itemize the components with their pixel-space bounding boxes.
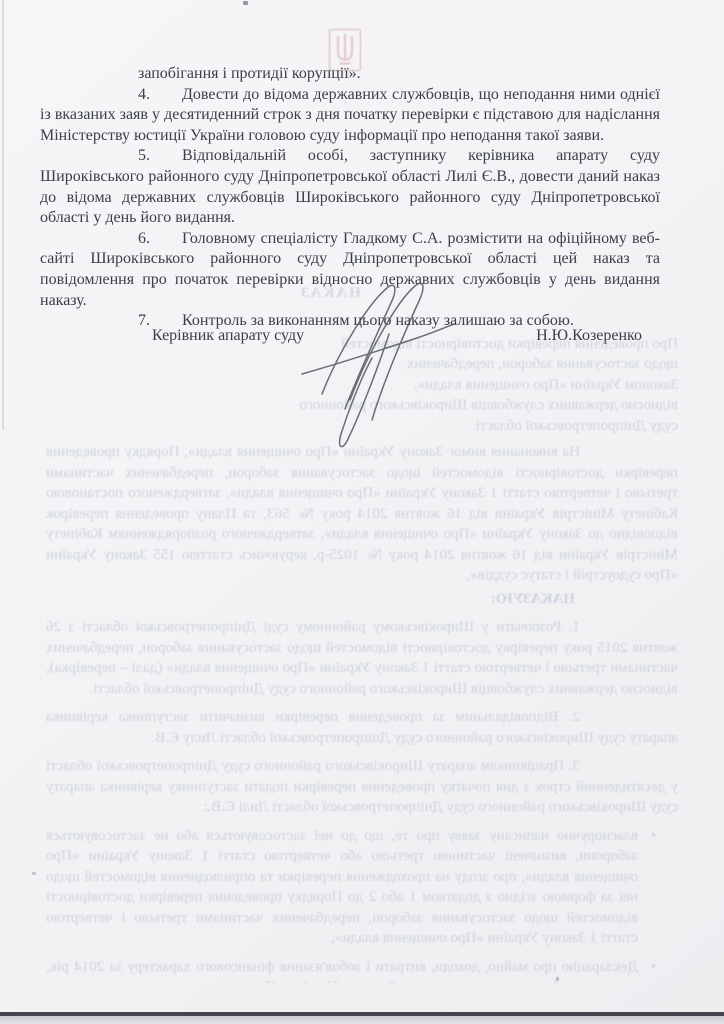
handwritten-signature-icon [292, 276, 464, 461]
ghost-intro-paragraph: На виконання вимог Закону України «Про о… [46, 442, 678, 586]
ghost-bullet-item: власноручно написану заяву про те, що до… [46, 826, 656, 949]
scanned-document-page: НАКАЗ Про проведення перевірки достовірн… [0, 0, 724, 1024]
item-text: Довести до відома державних службовців, … [40, 86, 660, 144]
ghost-order-item: 2. Відповідальним за проведення перевірк… [46, 707, 678, 748]
order-item-4: 4.Довести до відома державних службовців… [40, 85, 660, 147]
quote-continuation-line: запобігання і протидії корупції». [40, 64, 660, 85]
ghost-order-item: 3. Працівникам апарату Широківського рай… [46, 756, 678, 818]
signer-role: Керівник апарату суду [152, 326, 304, 346]
item-number: 5. [138, 146, 182, 167]
item-number: 6. [138, 229, 182, 250]
order-item-5: 5.Відповідальній особі, заступнику керів… [40, 146, 660, 228]
scan-speck [32, 872, 36, 875]
ghost-order-item: 1. Розпочати у Широківському районному с… [46, 617, 678, 699]
scan-bottom-strip [0, 1016, 724, 1024]
ghost-bullet-item: Декларацію про майно, доходи, витрати і … [46, 957, 656, 984]
item-text: Відповідальній особі, заступнику керівни… [40, 147, 660, 226]
item-number: 4. [138, 85, 182, 106]
ghost-order-word: НАКАЗУЮ: [46, 589, 678, 610]
scan-speck [243, 1, 248, 5]
signer-name: Н.Ю.Козеренко [536, 326, 642, 346]
scan-left-edge [2, 0, 4, 430]
